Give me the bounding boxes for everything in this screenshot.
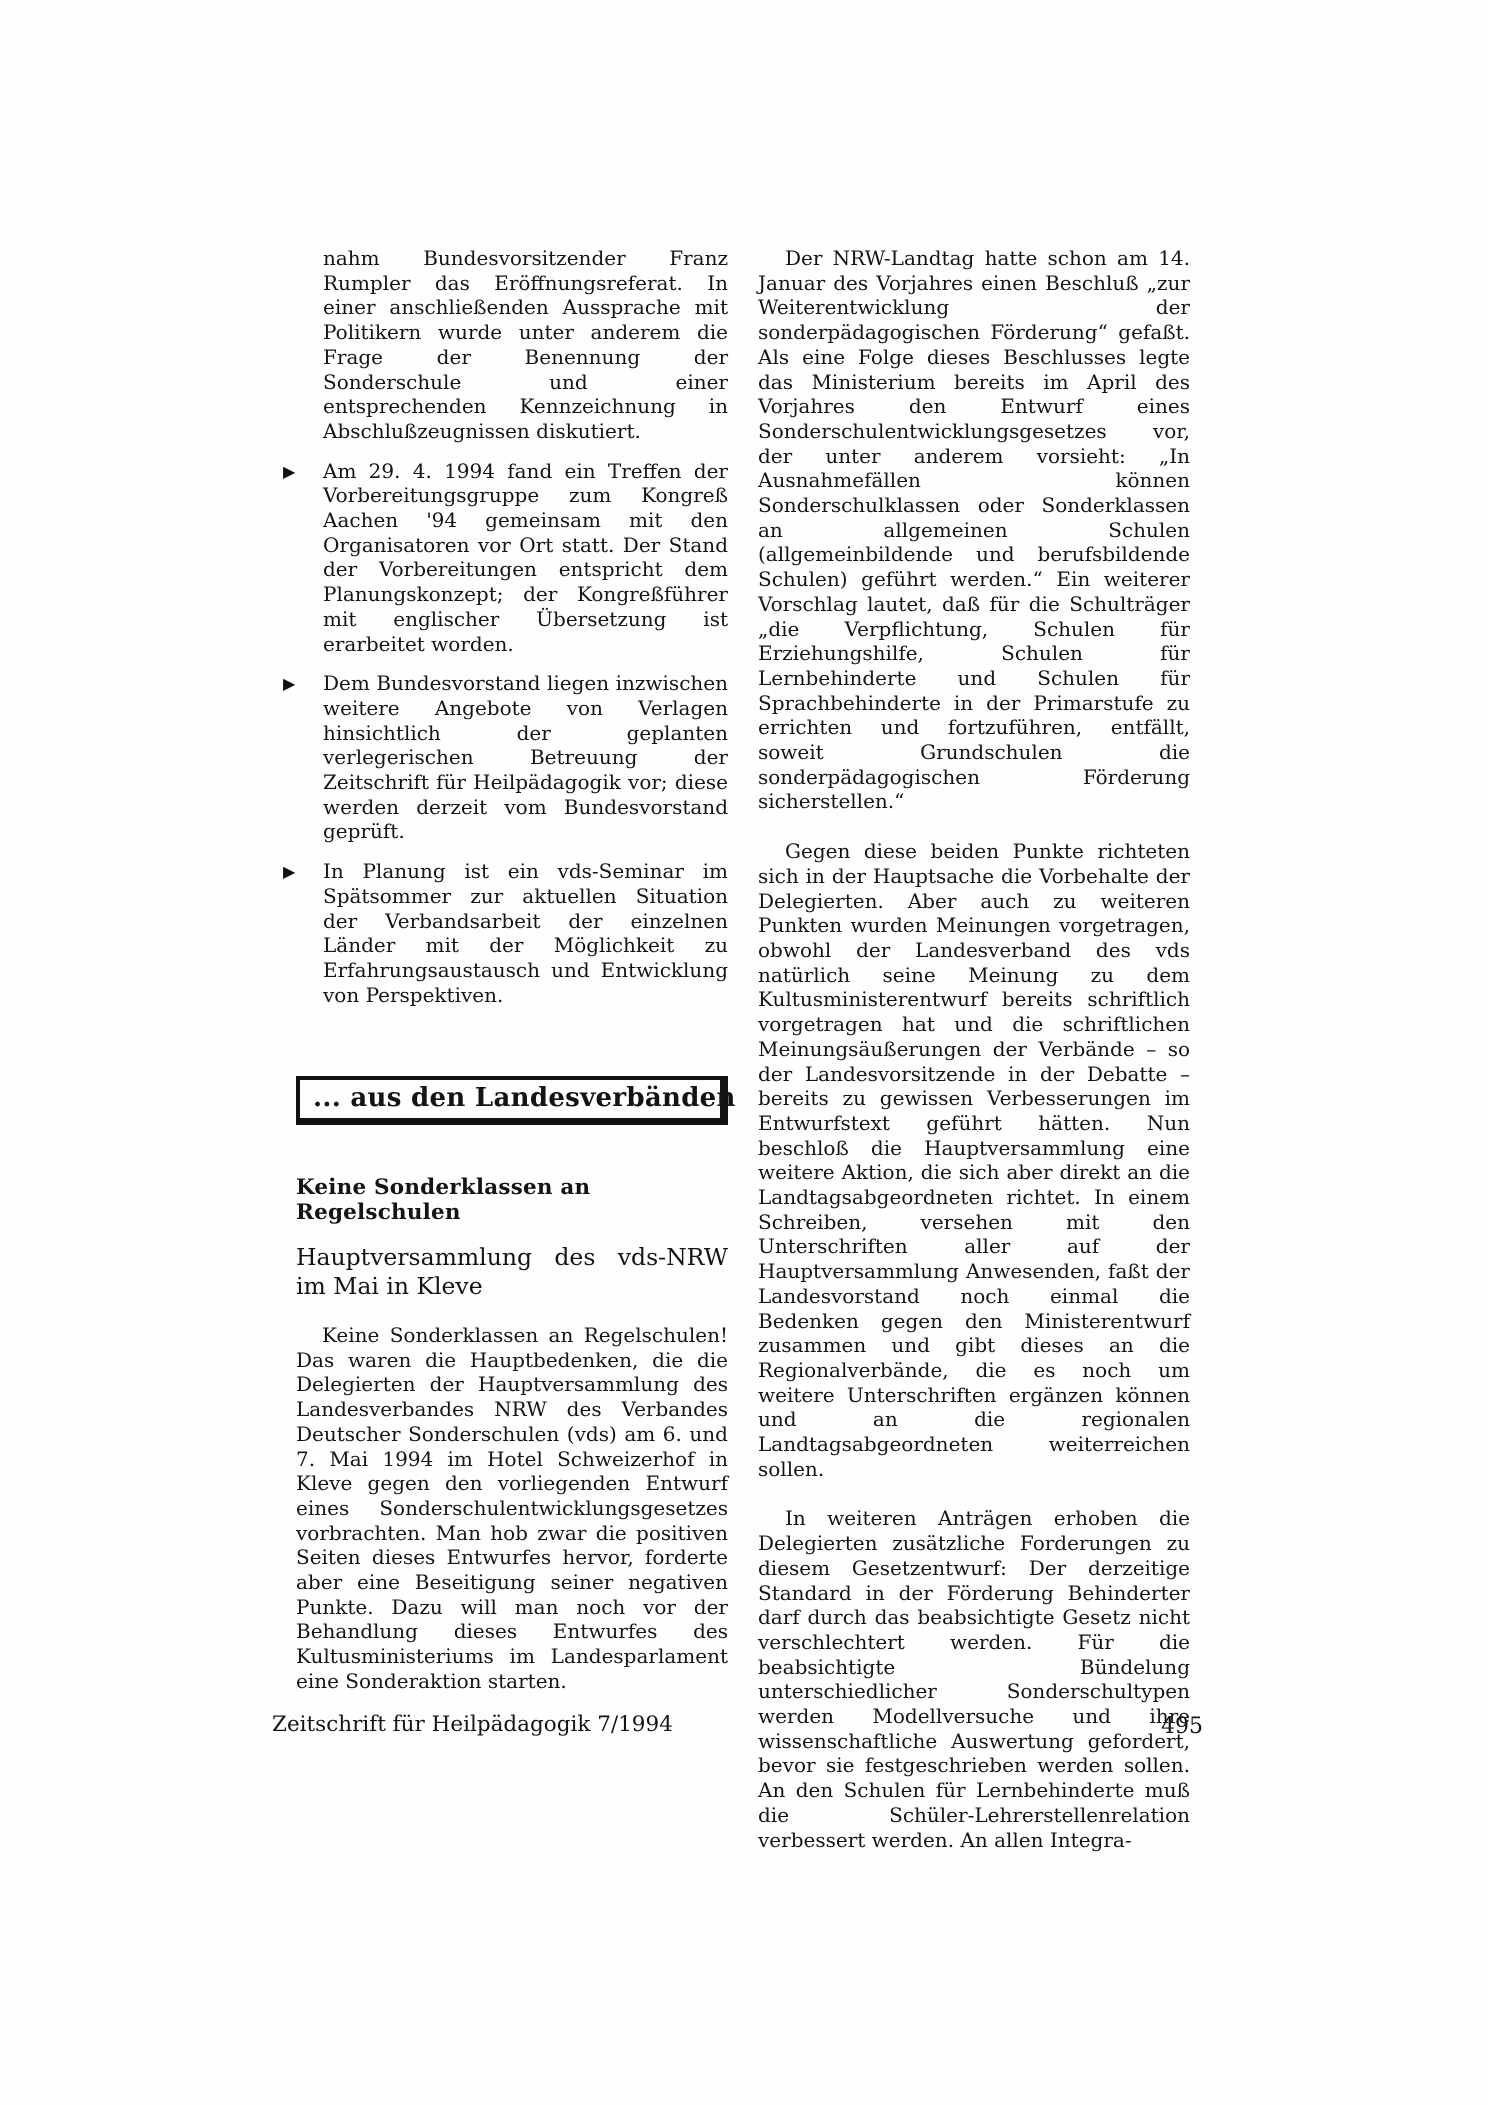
bullet-triangle-icon: ▶: [283, 672, 295, 697]
bullet-item: ▶ In Planung ist ein vds-Seminar im Spät…: [296, 859, 728, 1007]
left-column: nahm Bundesvorsitzender Franz Rumpler da…: [296, 246, 728, 1007]
bullet-item: ▶ Dem Bundesvorstand liegen inzwischen w…: [296, 671, 728, 844]
left-column-lower-section: ... aus den Landesverbänden Keine Sonder…: [296, 1076, 728, 1714]
intro-paragraph: nahm Bundesvorsitzender Franz Rumpler da…: [323, 246, 728, 444]
bullet-triangle-icon: ▶: [283, 860, 295, 885]
bullet-text: In Planung ist ein vds-Seminar im Spätso…: [323, 859, 728, 1007]
bullet-text: Am 29. 4. 1994 fand ein Treffen der Vorb…: [323, 459, 728, 656]
footer-page-number: 495: [1053, 1714, 1203, 1739]
body-paragraph: Gegen diese beiden Punkte richteten sich…: [758, 839, 1190, 1481]
footer-journal-title: Zeitschrift für Heilpädagogik 7/1994: [272, 1712, 673, 1737]
article-subtitle: Hauptversammlung des vds-NRW im Mai in K…: [296, 1243, 728, 1301]
bullet-triangle-icon: ▶: [283, 460, 295, 485]
news-bullet-list: ▶ Am 29. 4. 1994 fand ein Treffen der Vo…: [296, 459, 728, 1008]
article-title: Keine Sonderklassen an Regelschulen: [296, 1175, 728, 1225]
article-body-paragraph: Keine Sonderklassen an Regelschulen! Das…: [296, 1323, 728, 1694]
section-heading-box: ... aus den Landesverbänden: [296, 1076, 728, 1125]
journal-page: nahm Bundesvorsitzender Franz Rumpler da…: [0, 0, 1488, 2105]
body-paragraph: In weiteren Anträgen erhoben die Delegie…: [758, 1506, 1190, 1852]
bullet-item: ▶ Am 29. 4. 1994 fand ein Treffen der Vo…: [296, 459, 728, 657]
bullet-text: Dem Bundesvorstand liegen inzwischen wei…: [323, 671, 728, 843]
section-heading-text: ... aus den Landesverbänden: [313, 1083, 736, 1113]
body-paragraph: Der NRW-Landtag hatte schon am 14. Janua…: [758, 246, 1190, 814]
right-column: Der NRW-Landtag hatte schon am 14. Janua…: [758, 246, 1190, 1852]
